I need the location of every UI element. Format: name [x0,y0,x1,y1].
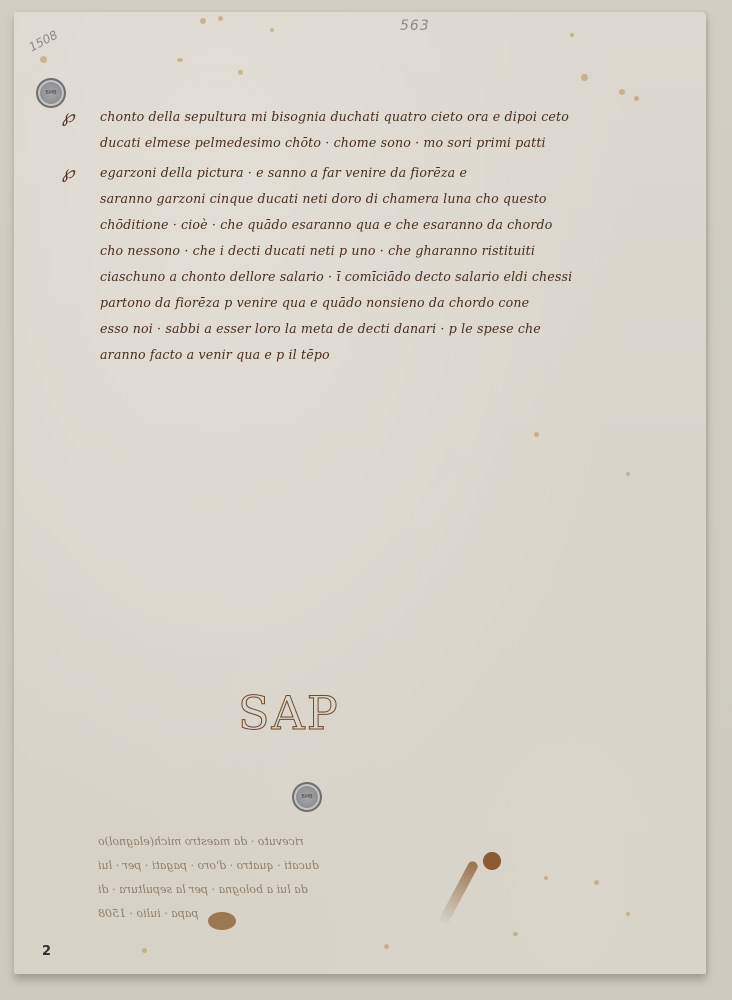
foxing-spot [200,18,206,24]
library-stamp-lower: BMB [292,782,322,812]
line-text: egarzoni della pictura · e sanno a far v… [100,160,467,186]
text-line: ℘ chonto della sepultura mi bisognia duc… [64,104,704,130]
foxing-spot [40,56,47,63]
ink-stain [483,852,501,870]
text-line: ℘ egarzoni della pictura · e sanno a far… [64,160,704,186]
foxing-spot [218,16,223,21]
line-text: esso noi · sabbi a esser loro la meta de… [100,316,541,342]
line-text: ducati elmese pelmedesimo chōto · chome … [100,130,546,156]
foxing-spot [544,876,548,880]
foxing-spot [581,74,588,81]
bleed-line: da lui a bologna · per la sepultura · di [98,878,358,902]
bleed-line: ricevuto · da maestro mich(elagnol)o [98,830,358,854]
letter-body: ℘ chonto della sepultura mi bisognia duc… [64,104,704,368]
text-line: ciaschuno a chonto dellore salario · ī c… [64,264,704,290]
paragraph-mark: ℘ [62,160,75,186]
text-line: ducati elmese pelmedesimo chōto · chome … [64,130,704,156]
text-line: partono da fiorēza p venire qua e quādo … [64,290,704,316]
folio-number: 563 [400,18,430,34]
foxing-spot [570,33,574,37]
foxing-spot [626,912,630,916]
text-line: aranno facto a venir qua e p il tēpo [64,342,704,368]
text-line: cho nessono · che i decti ducati neti p … [64,238,704,264]
foxing-spot [513,932,518,936]
ink-blot [208,912,236,930]
foxing-spot [594,880,599,885]
line-text: cho nessono · che i decti ducati neti p … [100,238,535,264]
verso-ink-bleed: ricevuto · da maestro mich(elagnol)o duc… [98,830,358,926]
line-text: partono da fiorēza p venire qua e quādo … [100,290,529,316]
text-line: esso noi · sabbi a esser loro la meta de… [64,316,704,342]
foxing-spot [177,58,183,62]
foxing-spot [619,89,625,95]
line-text: chonto della sepultura mi bisognia ducha… [100,104,569,130]
foxing-spot [634,96,639,101]
foxing-spot [534,432,539,437]
monogram-sap: SAP [238,686,340,740]
foxing-spot [626,472,630,476]
foxing-spot [270,28,274,32]
line-text: aranno facto a venir qua e p il tēpo [100,342,330,368]
page-marker: 2 [42,944,51,959]
text-line: saranno garzoni cinque ducati neti doro … [64,186,704,212]
foxing-spot [142,948,147,953]
paragraph-mark: ℘ [62,104,75,130]
text-line: chōditione · cioè · che quādo esaranno q… [64,212,704,238]
bleed-line: ducati · quatro · d'oro · pagati · per ·… [98,854,358,878]
foxing-spot [238,70,243,75]
stamp-label: BMB [45,90,56,96]
line-text: chōditione · cioè · che quādo esaranno q… [100,212,552,238]
stamp-label: BMB [301,794,312,800]
foxing-spot [384,944,389,949]
line-text: saranno garzoni cinque ducati neti doro … [100,186,547,212]
line-text: ciaschuno a chonto dellore salario · ī c… [100,264,572,290]
